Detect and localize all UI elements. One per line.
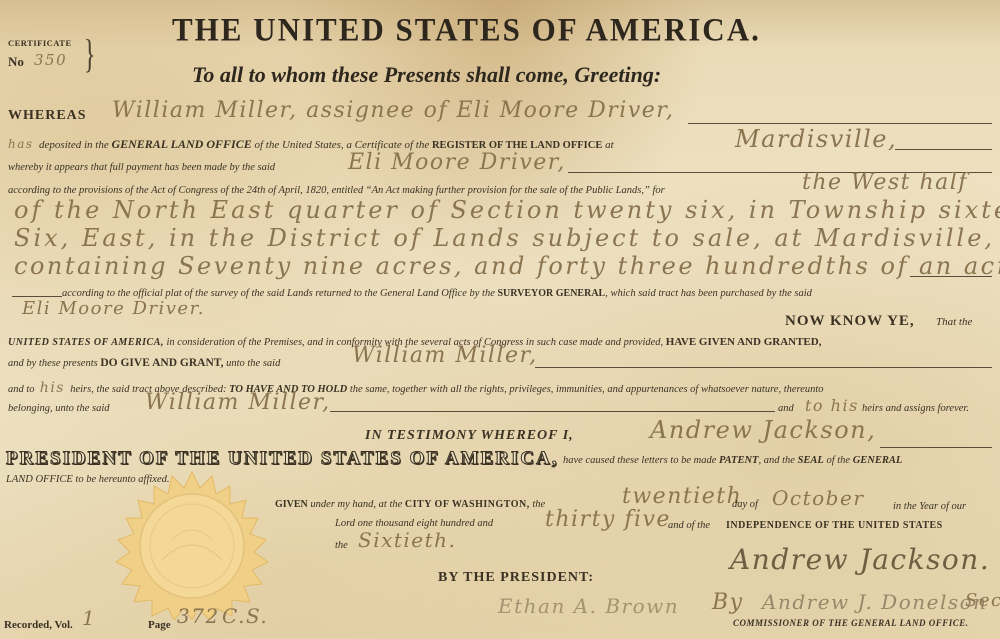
deposit-text: deposited in the — [39, 139, 111, 151]
general-word: GENERAL — [853, 455, 903, 466]
president-title: PRESIDENT OF THE UNITED STATES OF AMERIC… — [6, 448, 559, 470]
certificate-number: 350 — [34, 51, 67, 69]
commissioner-title: COMMISSIONER OF THE GENERAL LAND OFFICE. — [733, 618, 969, 628]
original-purchaser: Eli Moore Driver, — [348, 150, 566, 175]
recorded-page: 372 — [177, 604, 220, 628]
grantee-assignee: William Miller, assignee of Eli Moore Dr… — [112, 98, 674, 123]
certificate-label: CERTIFICATE — [8, 38, 72, 48]
given-line: GIVEN under my hand, at the CITY OF WASH… — [275, 499, 545, 510]
in-testimony: IN TESTIMONY WHEREOF I, — [365, 428, 574, 444]
usa-caps: UNITED STATES OF AMERICA, — [8, 337, 164, 348]
grantee-name: William Miller, — [352, 343, 538, 368]
fill-line — [880, 447, 992, 448]
recorded-initials: C.S. — [222, 604, 268, 628]
and-to-text: and to — [8, 384, 35, 395]
heirs-line: and to his heirs, the said tract above d… — [8, 380, 824, 396]
land-description-2: of the North East quarter of Section twe… — [14, 196, 1000, 224]
day-of-text: day of — [732, 499, 758, 510]
act-of-congress-line: according to the provisions of the Act o… — [8, 185, 665, 196]
by-these-text: and by these presents — [8, 358, 100, 369]
and-of-the-text: and of the — [668, 520, 710, 531]
fill-line — [535, 367, 992, 368]
caused-text-b: , and the — [758, 455, 797, 466]
year-value: thirty five — [545, 507, 671, 532]
payment-line: whereby it appears that full payment has… — [8, 162, 275, 173]
secretary-signature: Andrew J. Donelson — [762, 590, 988, 614]
secretary-suffix: Sec. — [965, 590, 1000, 611]
seal-icon — [112, 470, 272, 620]
that-the: That the — [936, 316, 972, 328]
recorded-volume: 1 — [82, 606, 96, 630]
fill-line — [895, 149, 992, 150]
his-word: his — [40, 380, 65, 396]
greeting: To all to whom these Presents shall come… — [192, 62, 661, 88]
give-and-grant-line: and by these presents DO GIVE AND GRANT,… — [8, 357, 280, 369]
certificate-brace: } — [84, 30, 96, 77]
fill-line — [910, 276, 992, 277]
land-description-3: Six, East, in the District of Lands subj… — [14, 224, 1000, 252]
recorded-label: Recorded, Vol. — [4, 619, 73, 631]
and-word: and — [778, 403, 794, 414]
caused-text: have caused these letters to be made — [563, 455, 719, 466]
surveyor-general-text: SURVEYOR GENERAL — [498, 288, 606, 299]
given-word: GIVEN — [275, 499, 308, 510]
day-value: twentieth — [622, 484, 742, 509]
survey-text-b: , which said tract has been purchased by… — [605, 288, 812, 299]
given-text: under my hand, at the — [308, 499, 405, 510]
purchaser-repeat: Eli Moore Driver. — [22, 298, 205, 319]
unto-said-text: unto the said — [223, 358, 280, 369]
caused-line: have caused these letters to be made PAT… — [563, 455, 902, 466]
at-word: at — [602, 139, 613, 151]
now-know-ye: NOW KNOW YE, — [785, 313, 915, 330]
grantee-name-2: William Miller, — [145, 390, 331, 415]
whereas-label: WHEREAS — [8, 108, 87, 124]
city-text: CITY OF WASHINGTON, — [405, 499, 530, 510]
certificate-number-prefix: No — [8, 54, 24, 70]
land-office-location: Mardisville, — [735, 125, 897, 153]
have-given-text: HAVE GIVEN AND GRANTED, — [666, 336, 822, 348]
heirs-assigns: heirs and assigns forever. — [862, 403, 969, 414]
patent-word: PATENT — [719, 455, 758, 466]
by-the-president: BY THE PRESIDENT: — [438, 570, 594, 586]
year-of-our-text: in the Year of our — [893, 501, 966, 512]
president-name: Andrew Jackson, — [650, 416, 876, 444]
month-value: October — [772, 486, 864, 510]
the-word-2: the — [335, 540, 348, 551]
land-description-1: the West half — [802, 170, 968, 195]
by-word: By — [712, 590, 744, 615]
independence-text: INDEPENDENCE OF THE UNITED STATES — [726, 520, 943, 531]
had-word: has — [8, 137, 34, 151]
to-his: to his — [805, 396, 859, 415]
seal-word: SEAL — [798, 455, 824, 466]
page-label: Page — [148, 619, 171, 631]
heirs-text-b: the same, together with all the rights, … — [347, 384, 823, 395]
do-give-text: DO GIVE AND GRANT, — [100, 357, 223, 369]
the-word: the — [530, 499, 545, 510]
fill-line — [330, 411, 775, 412]
page-title: THE UNITED STATES OF AMERICA. — [172, 11, 761, 49]
president-signature: Andrew Jackson. — [730, 543, 990, 576]
fill-line — [688, 123, 992, 124]
belonging-text: belonging, unto the said — [8, 403, 110, 414]
of-the-text: of the — [824, 455, 853, 466]
commissioner-signature: Ethan A. Brown — [498, 594, 679, 618]
independence-year: Sixtieth. — [358, 528, 456, 552]
general-land-office-text: GENERAL LAND OFFICE — [111, 137, 251, 151]
fill-line — [12, 296, 62, 297]
land-description-4: containing Seventy nine acres, and forty… — [14, 252, 1000, 280]
